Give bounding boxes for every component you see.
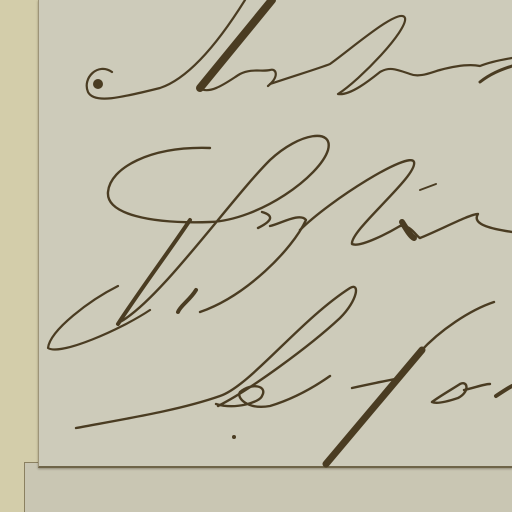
- line-2-sylve: [108, 136, 512, 324]
- line-1-arbor: [87, 0, 512, 99]
- line-3-le-for: [76, 287, 512, 464]
- handwriting-ink: [0, 0, 512, 512]
